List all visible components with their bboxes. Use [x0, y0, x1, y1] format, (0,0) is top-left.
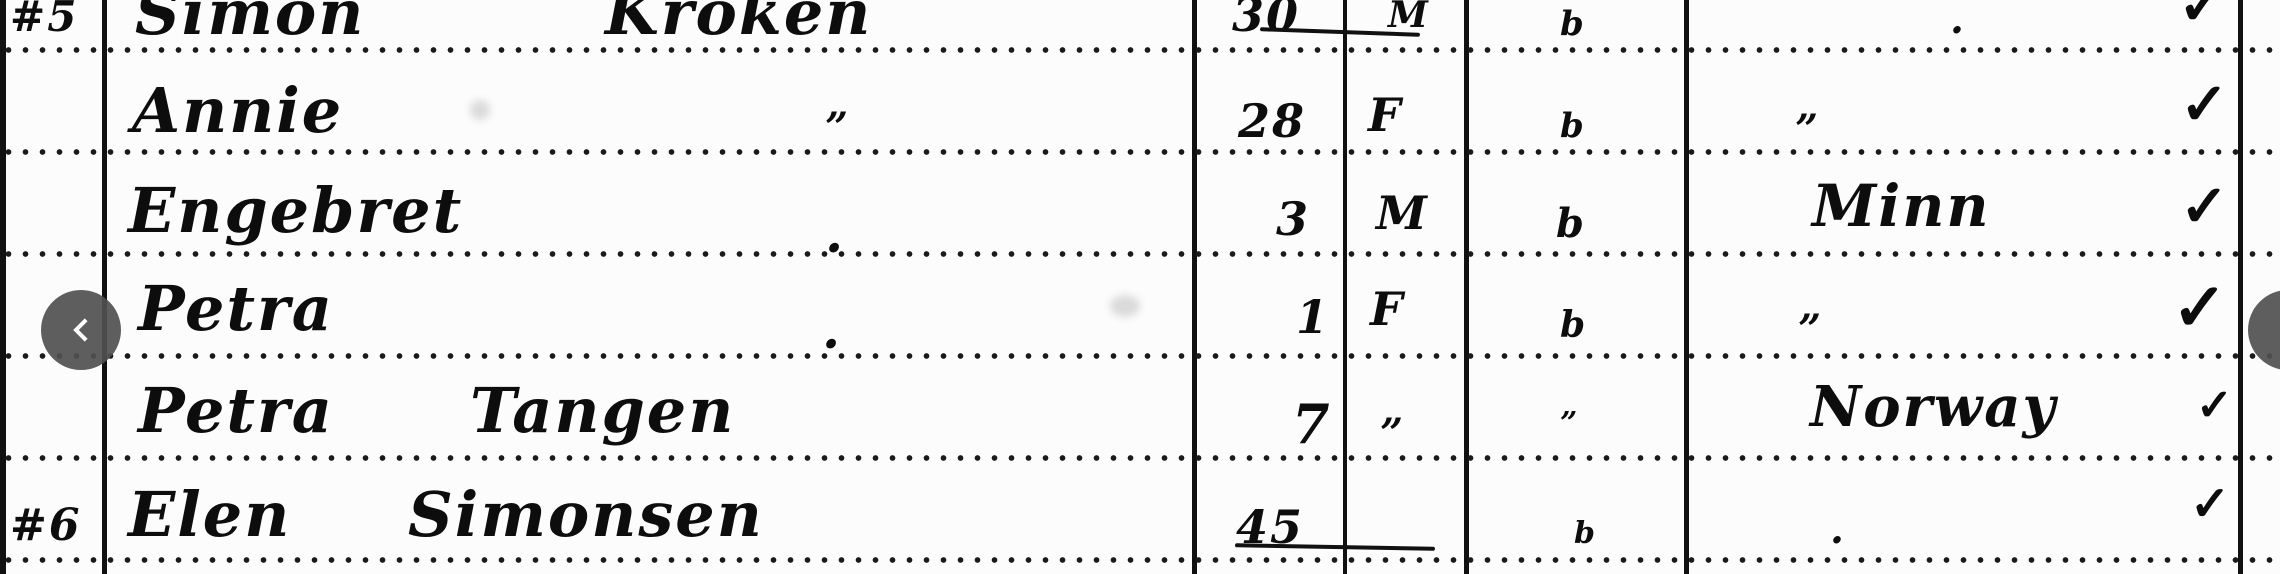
row2-given-name: Annie [132, 74, 343, 147]
row4-surname-dot: . [822, 300, 842, 361]
row4-age: 1 [1296, 290, 1330, 344]
row-rule-4 [0, 352, 2280, 360]
row-rule-2 [0, 148, 2280, 156]
row3-sex: M [1376, 186, 1429, 240]
column-rule-name-end [1192, 0, 1197, 574]
row-rule-3 [0, 250, 2280, 258]
row2-check: ✓ [2180, 70, 2231, 138]
row4-sex: F [1370, 282, 1405, 336]
row-rule-6 [0, 556, 2280, 564]
row3-surname-dot: . [825, 204, 845, 265]
row3-age: 3 [1276, 192, 1310, 246]
row4-marital: b [1560, 304, 1587, 346]
row5-given-name: Petra [138, 374, 334, 447]
dwelling-number-row6: #6 [10, 500, 81, 551]
row3-marital: b [1556, 200, 1586, 247]
chevron-right-icon [2273, 315, 2280, 345]
row2-surname-ditto: ” [825, 104, 850, 151]
row5-birthplace: Norway [1810, 374, 2057, 440]
smudge [470, 100, 490, 120]
row6-marital: b [1574, 516, 1597, 551]
row6-given-name: Elen [128, 478, 291, 551]
row1-sex: M [1388, 0, 1430, 36]
row-rule-5 [0, 454, 2280, 462]
row5-marital-ditto: ” [1560, 406, 1579, 441]
row6-check: ✓ [2190, 476, 2232, 532]
row2-sex: F [1368, 88, 1403, 142]
row5-age: 7 [1292, 392, 1332, 456]
row3-birthplace: Minn [1812, 172, 1991, 240]
row4-birthplace: ” [1798, 306, 1823, 353]
row4-check: ✓ [2172, 268, 2229, 346]
row5-surname: Tangen [470, 374, 735, 447]
border-left [0, 0, 6, 574]
row4-given-name: Petra [138, 272, 334, 345]
row6-surname: Simonsen [408, 478, 764, 551]
row3-given-name: Engebret [128, 174, 463, 247]
column-rule-dwelling [102, 0, 107, 574]
census-page-image: #5 #6 Simon Kroken 30 M b . ✓ Annie ” 28… [0, 0, 2280, 574]
column-rule-birthplace-end [2238, 0, 2243, 574]
row1-marital: b [1560, 4, 1586, 44]
dwelling-number-row1: #5 [10, 0, 78, 41]
column-rule-age-end [1343, 0, 1347, 574]
row6-birthplace: . [1830, 506, 1846, 553]
row2-birthplace: ” [1795, 106, 1820, 153]
smudge [1110, 295, 1140, 317]
row1-given-name: Simon [135, 0, 365, 49]
row5-check: ✓ [2196, 380, 2235, 431]
row1-age: 30 [1232, 0, 1300, 42]
chevron-left-icon [66, 315, 96, 345]
row1-check: ✓ [2178, 0, 2229, 38]
column-rule-sex-end [1464, 0, 1469, 574]
row3-check: ✓ [2180, 172, 2231, 240]
row1-surname: Kroken [605, 0, 872, 49]
row5-sex-ditto: ” [1380, 410, 1405, 457]
row2-age: 28 [1238, 94, 1306, 148]
row2-marital: b [1560, 106, 1586, 146]
column-rule-marital-end [1684, 0, 1689, 574]
previous-image-button[interactable] [41, 290, 121, 370]
row1-birthplace: . [1950, 0, 1966, 43]
